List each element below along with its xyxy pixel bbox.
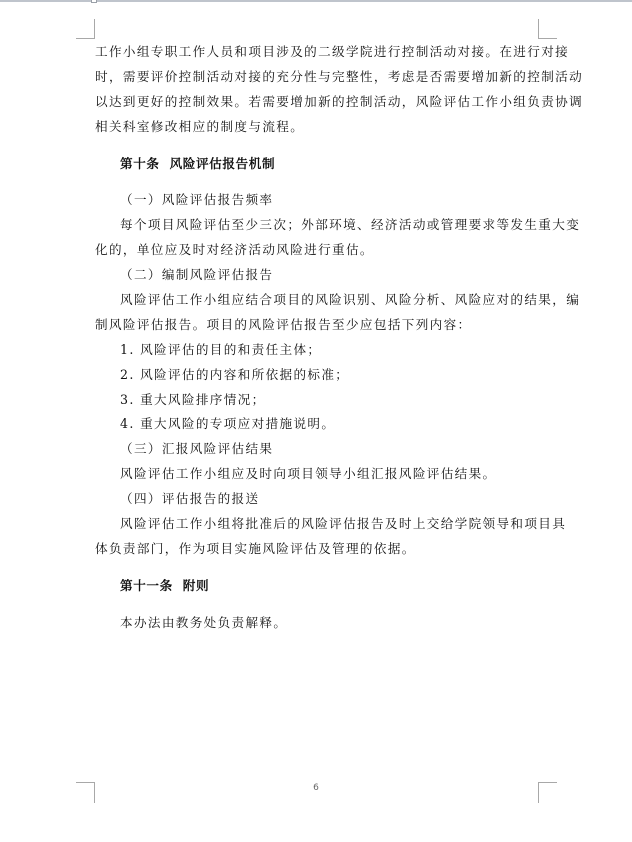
text-line: 风险评估工作小组应及时向项目领导小组汇报风险评估结果。 xyxy=(95,462,537,487)
article-number: 第十一条 xyxy=(120,578,173,593)
section-heading: （四）评估报告的报送 xyxy=(95,487,537,512)
crop-mark-top-right xyxy=(538,19,557,39)
text-line: 相关科室修改相应的制度与流程。 xyxy=(95,115,537,140)
text-line: 以达到更好的控制效果。若需要增加新的控制活动，风险评估工作小组负责协调 xyxy=(95,90,537,115)
text-line: 风险评估工作小组将批准后的风险评估报告及时上交给学院领导和项目具 xyxy=(95,512,537,537)
list-item: 2. 风险评估的内容和所依据的标准； xyxy=(95,363,537,388)
section-heading: （三）汇报风险评估结果 xyxy=(95,437,537,462)
crop-mark-top-left xyxy=(76,19,95,39)
article-title: 风险评估报告机制 xyxy=(170,156,276,171)
text-line: 工作小组专职工作人员和项目涉及的二级学院进行控制活动对接。在进行对接 xyxy=(95,40,537,65)
list-item: 3. 重大风险排序情况； xyxy=(95,388,537,413)
text-line: 每个项目风险评估至少三次；外部环境、经济活动或管理要求等发生重大变 xyxy=(95,213,537,238)
article-10-heading: 第十条风险评估报告机制 xyxy=(95,152,537,177)
article-title: 附则 xyxy=(183,578,209,593)
text-line: 制风险评估报告。项目的风险评估报告至少应包括下列内容： xyxy=(95,313,537,338)
article-number: 第十条 xyxy=(120,156,160,171)
text-line: 时，需要评价控制活动对接的充分性与完整性，考虑是否需要增加新的控制活动 xyxy=(95,65,537,90)
article-11-heading: 第十一条附则 xyxy=(95,574,537,599)
text-line: 体负责部门，作为项目实施风险评估及管理的依据。 xyxy=(95,537,537,562)
text-line: 风险评估工作小组应结合项目的风险识别、风险分析、风险应对的结果，编 xyxy=(95,288,537,313)
page-number: 6 xyxy=(0,783,632,793)
continued-paragraph: 工作小组专职工作人员和项目涉及的二级学院进行控制活动对接。在进行对接 时，需要评… xyxy=(95,40,537,140)
section-heading: （二）编制风险评估报告 xyxy=(95,263,537,288)
list-item: 1. 风险评估的目的和责任主体； xyxy=(95,338,537,363)
section-heading: （一）风险评估报告频率 xyxy=(95,188,537,213)
ruler-indent-marker[interactable] xyxy=(91,0,97,3)
text-line: 化的，单位应及时对经济活动风险进行重估。 xyxy=(95,238,537,263)
page-body: 工作小组专职工作人员和项目涉及的二级学院进行控制活动对接。在进行对接 时，需要评… xyxy=(95,40,537,636)
text-line: 本办法由教务处负责解释。 xyxy=(95,611,537,636)
list-item: 4. 重大风险的专项应对措施说明。 xyxy=(95,412,537,437)
